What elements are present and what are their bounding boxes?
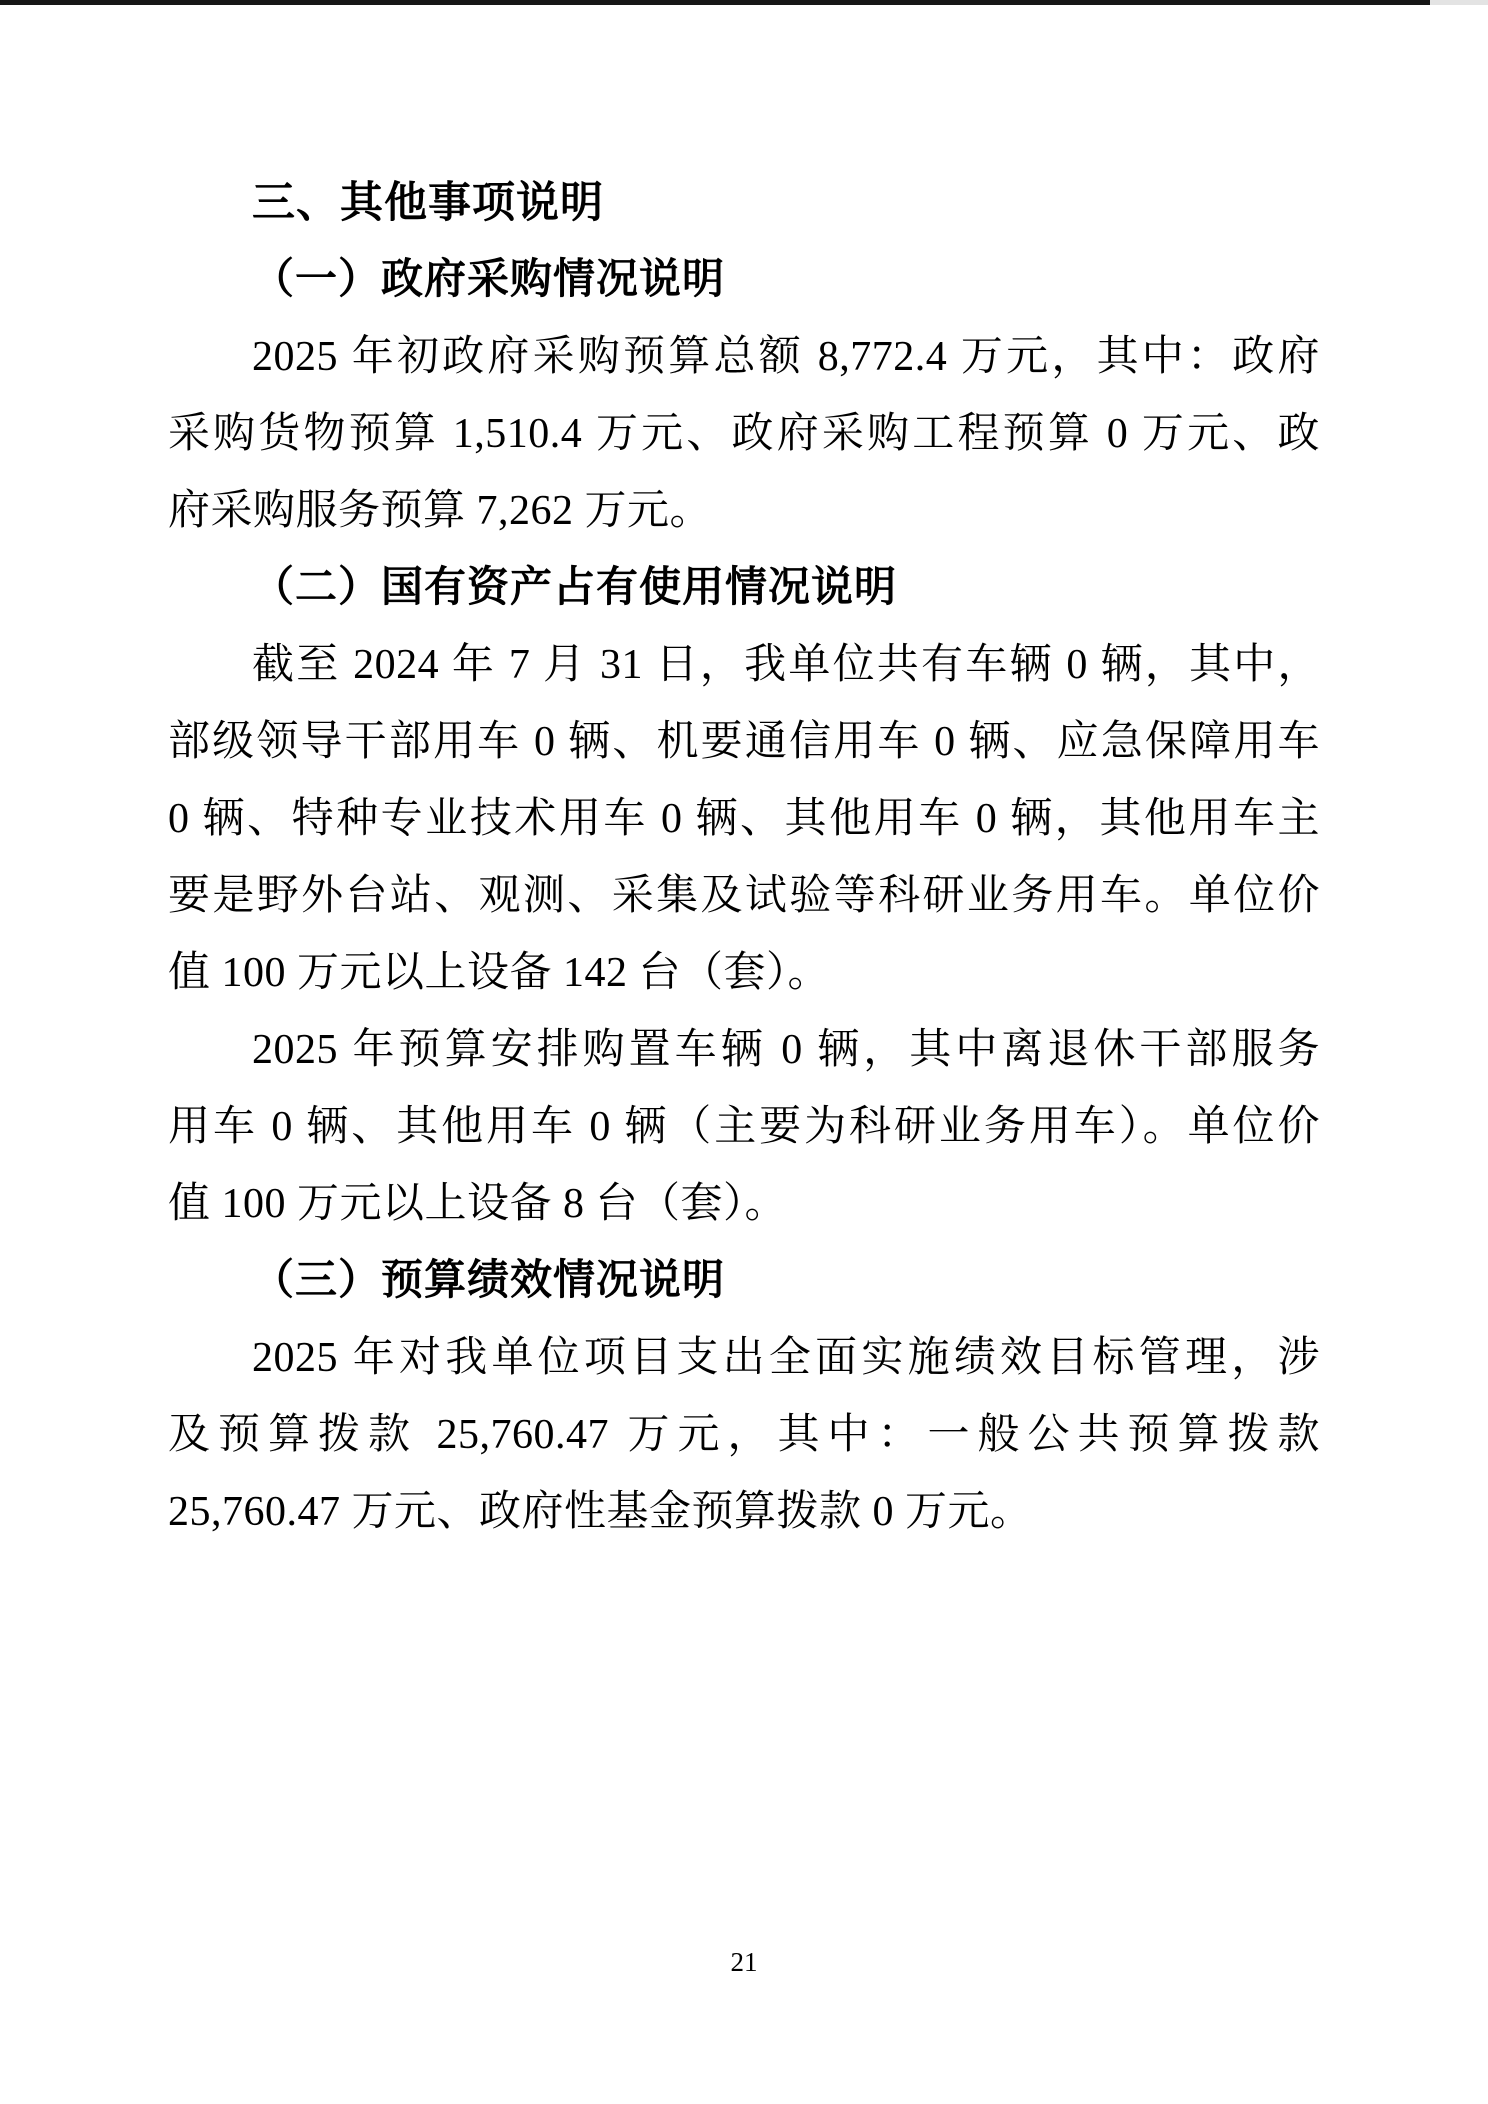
paragraph-line: 及预算拨款 25,760.47 万元，其中：一般公共预算拨款 <box>168 1397 1320 1474</box>
paragraph-line: 值 100 万元以上设备 8 台（套）。 <box>168 1166 1320 1243</box>
subsection-1-heading: （一）政府采购情况说明 <box>168 242 1320 319</box>
paragraph-line: 要是野外台站、观测、采集及试验等科研业务用车。单位价 <box>168 858 1320 935</box>
paragraph-line: 2025 年对我单位项目支出全面实施绩效目标管理，涉 <box>168 1320 1320 1397</box>
paragraph-line: 部级领导干部用车 0 辆、机要通信用车 0 辆、应急保障用车 <box>168 704 1320 781</box>
paragraph-line: 25,760.47 万元、政府性基金预算拨款 0 万元。 <box>168 1474 1320 1551</box>
paragraph-line: 2025 年预算安排购置车辆 0 辆，其中离退休干部服务 <box>168 1012 1320 1089</box>
paragraph-line: 截至 2024 年 7 月 31 日，我单位共有车辆 0 辆，其中， <box>168 627 1320 704</box>
page-number: 21 <box>0 1942 1488 1982</box>
paragraph-line: 采购货物预算 1,510.4 万元、政府采购工程预算 0 万元、政 <box>168 396 1320 473</box>
subsection-3-heading: （三）预算绩效情况说明 <box>168 1243 1320 1320</box>
paragraph-line: 用车 0 辆、其他用车 0 辆（主要为科研业务用车）。单位价 <box>168 1089 1320 1166</box>
document-body: 三、其他事项说明 （一）政府采购情况说明 2025 年初政府采购预算总额 8,7… <box>168 165 1320 1551</box>
subsection-2-heading: （二）国有资产占有使用情况说明 <box>168 550 1320 627</box>
paragraph-line: 值 100 万元以上设备 142 台（套）。 <box>168 935 1320 1012</box>
paragraph-line: 0 辆、特种专业技术用车 0 辆、其他用车 0 辆，其他用车主 <box>168 781 1320 858</box>
paragraph-line: 2025 年初政府采购预算总额 8,772.4 万元，其中：政府 <box>168 319 1320 396</box>
paragraph-line: 府采购服务预算 7,262 万元。 <box>168 473 1320 550</box>
document-page: 三、其他事项说明 （一）政府采购情况说明 2025 年初政府采购预算总额 8,7… <box>0 0 1488 2104</box>
window-top-edge <box>0 0 1488 5</box>
section-heading: 三、其他事项说明 <box>168 165 1320 242</box>
